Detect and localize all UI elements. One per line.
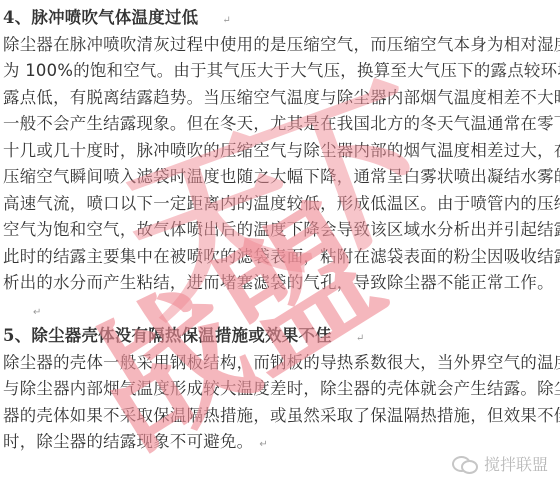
heading-text: 4、脉冲喷吹气体温度过低: [3, 8, 198, 27]
text-line: 压缩空气瞬间喷入滤袋时温度也随之大幅下降，通常呈白雾状喷出凝结水雾的: [3, 164, 559, 191]
text-line: 高速气流，喷口以下一定距离内的温度较低，形成低温区。由于喷管内的压缩: [3, 191, 559, 218]
heading-text: 5、除尘器壳体没有隔热保温措施或效果不佳: [3, 326, 332, 345]
section-4-heading: 4、脉冲喷吹气体温度过低↵: [3, 5, 559, 32]
empty-line: ↵: [3, 297, 559, 324]
text-line: 空气为饱和空气，故气体喷出后的温度下降会导致该区域水分析出并引起结露。: [3, 217, 559, 244]
document-body: 4、脉冲喷吹气体温度过低↵ 除尘器在脉冲喷吹清灰过程中使用的是压缩空气，而压缩空…: [3, 5, 559, 456]
text-line-last: 析出的水分而产生粘结，进而堵塞滤袋的气孔，导致除尘器不能正常工作。↵: [3, 270, 559, 297]
paragraph-mark-icon: ↵: [222, 15, 231, 26]
text: 时，除尘器的结露现象不可避免。: [3, 432, 253, 451]
text-line: 为 100%的饱和空气。由于其气压大于大气压，换算至大气压下的露点较环境: [3, 58, 559, 85]
paragraph-mark-icon: ↵: [33, 307, 42, 318]
text-line: 十几或几十度时，脉冲喷吹的压缩空气与除尘器内部的烟气温度相差过大，在: [3, 138, 559, 165]
brand-name: 搅拌联盟: [484, 452, 548, 475]
brand-watermark: 搅拌联盟: [452, 452, 548, 475]
paragraph-mark-icon: ↵: [356, 333, 365, 344]
wechat-icon: [452, 454, 478, 474]
text-line: 一般不会产生结露现象。但在冬天，尤其是在我国北方的冬天气温通常在零下: [3, 111, 559, 138]
section-5-heading: 5、除尘器壳体没有隔热保温措施或效果不佳↵: [3, 323, 559, 350]
text-line: 与除尘器内部烟气温度形成较大温度差时，除尘器的壳体就会产生结露。除尘: [3, 376, 559, 403]
text-line: 器的壳体如果不采取保温隔热措施，或虽然采取了保温隔热措施，但效果不佳: [3, 403, 559, 430]
text-line: 除尘器的壳体一般采用钢板结构，而钢板的导热系数很大，当外界空气的温度: [3, 350, 559, 377]
text: 析出的水分而产生粘结，进而堵塞滤袋的气孔，导致除尘器不能正常工作。: [3, 273, 554, 292]
text-line: 此时的结露主要集中在被喷吹的滤袋表面，粘附在滤袋表面的粉尘因吸收结露: [3, 244, 559, 271]
text-line: 除尘器在脉冲喷吹清灰过程中使用的是压缩空气，而压缩空气本身为相对湿度: [3, 32, 559, 59]
text-line: 露点低，有脱离结露趋势。当压缩空气温度与除尘器内部烟气温度相差不大时，: [3, 85, 559, 112]
paragraph-mark-icon: ↵: [259, 439, 268, 450]
